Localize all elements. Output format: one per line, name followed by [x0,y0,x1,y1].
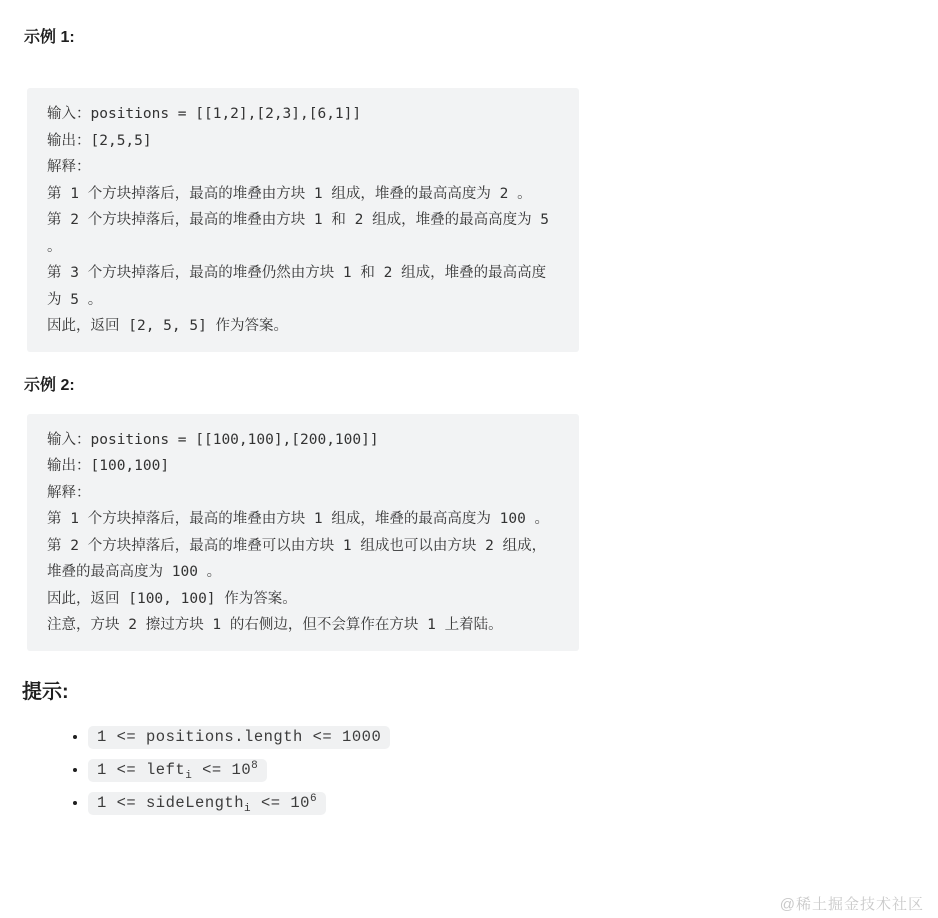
example1-code-block: 输入：positions = [[1,2],[2,3],[6,1]] 输出：[2… [27,88,579,352]
juejin-watermark: @稀土掘金技术社区 [780,893,924,914]
constraint-text: <= 10 [192,761,251,779]
constraint-item: 1 <= lefti <= 108 [88,758,600,782]
constraint-text: 1 <= sideLength [97,794,244,812]
constraint-text: 1 <= left [97,761,185,779]
example1-heading: 示例 1: [24,28,600,48]
constraint-superscript: 8 [251,759,258,771]
constraint-item: 1 <= positions.length <= 1000 [88,725,600,749]
constraint-text: 1 <= positions.length <= 1000 [97,728,381,746]
constraint-code: 1 <= lefti <= 108 [88,759,267,782]
constraints-list: 1 <= positions.length <= 1000 1 <= lefti… [24,725,600,815]
constraints-heading: 提示: [22,679,600,705]
example2-code-block: 输入：positions = [[100,100],[200,100]] 输出：… [27,414,579,651]
constraint-text: <= 10 [251,794,310,812]
example2-heading: 示例 2: [24,376,600,396]
constraint-item: 1 <= sideLengthi <= 106 [88,791,600,815]
problem-description-section: 示例 1: 输入：positions = [[1,2],[2,3],[6,1]]… [0,0,640,815]
constraint-code: 1 <= sideLengthi <= 106 [88,792,326,815]
constraint-superscript: 6 [310,792,317,804]
constraint-code: 1 <= positions.length <= 1000 [88,726,390,749]
